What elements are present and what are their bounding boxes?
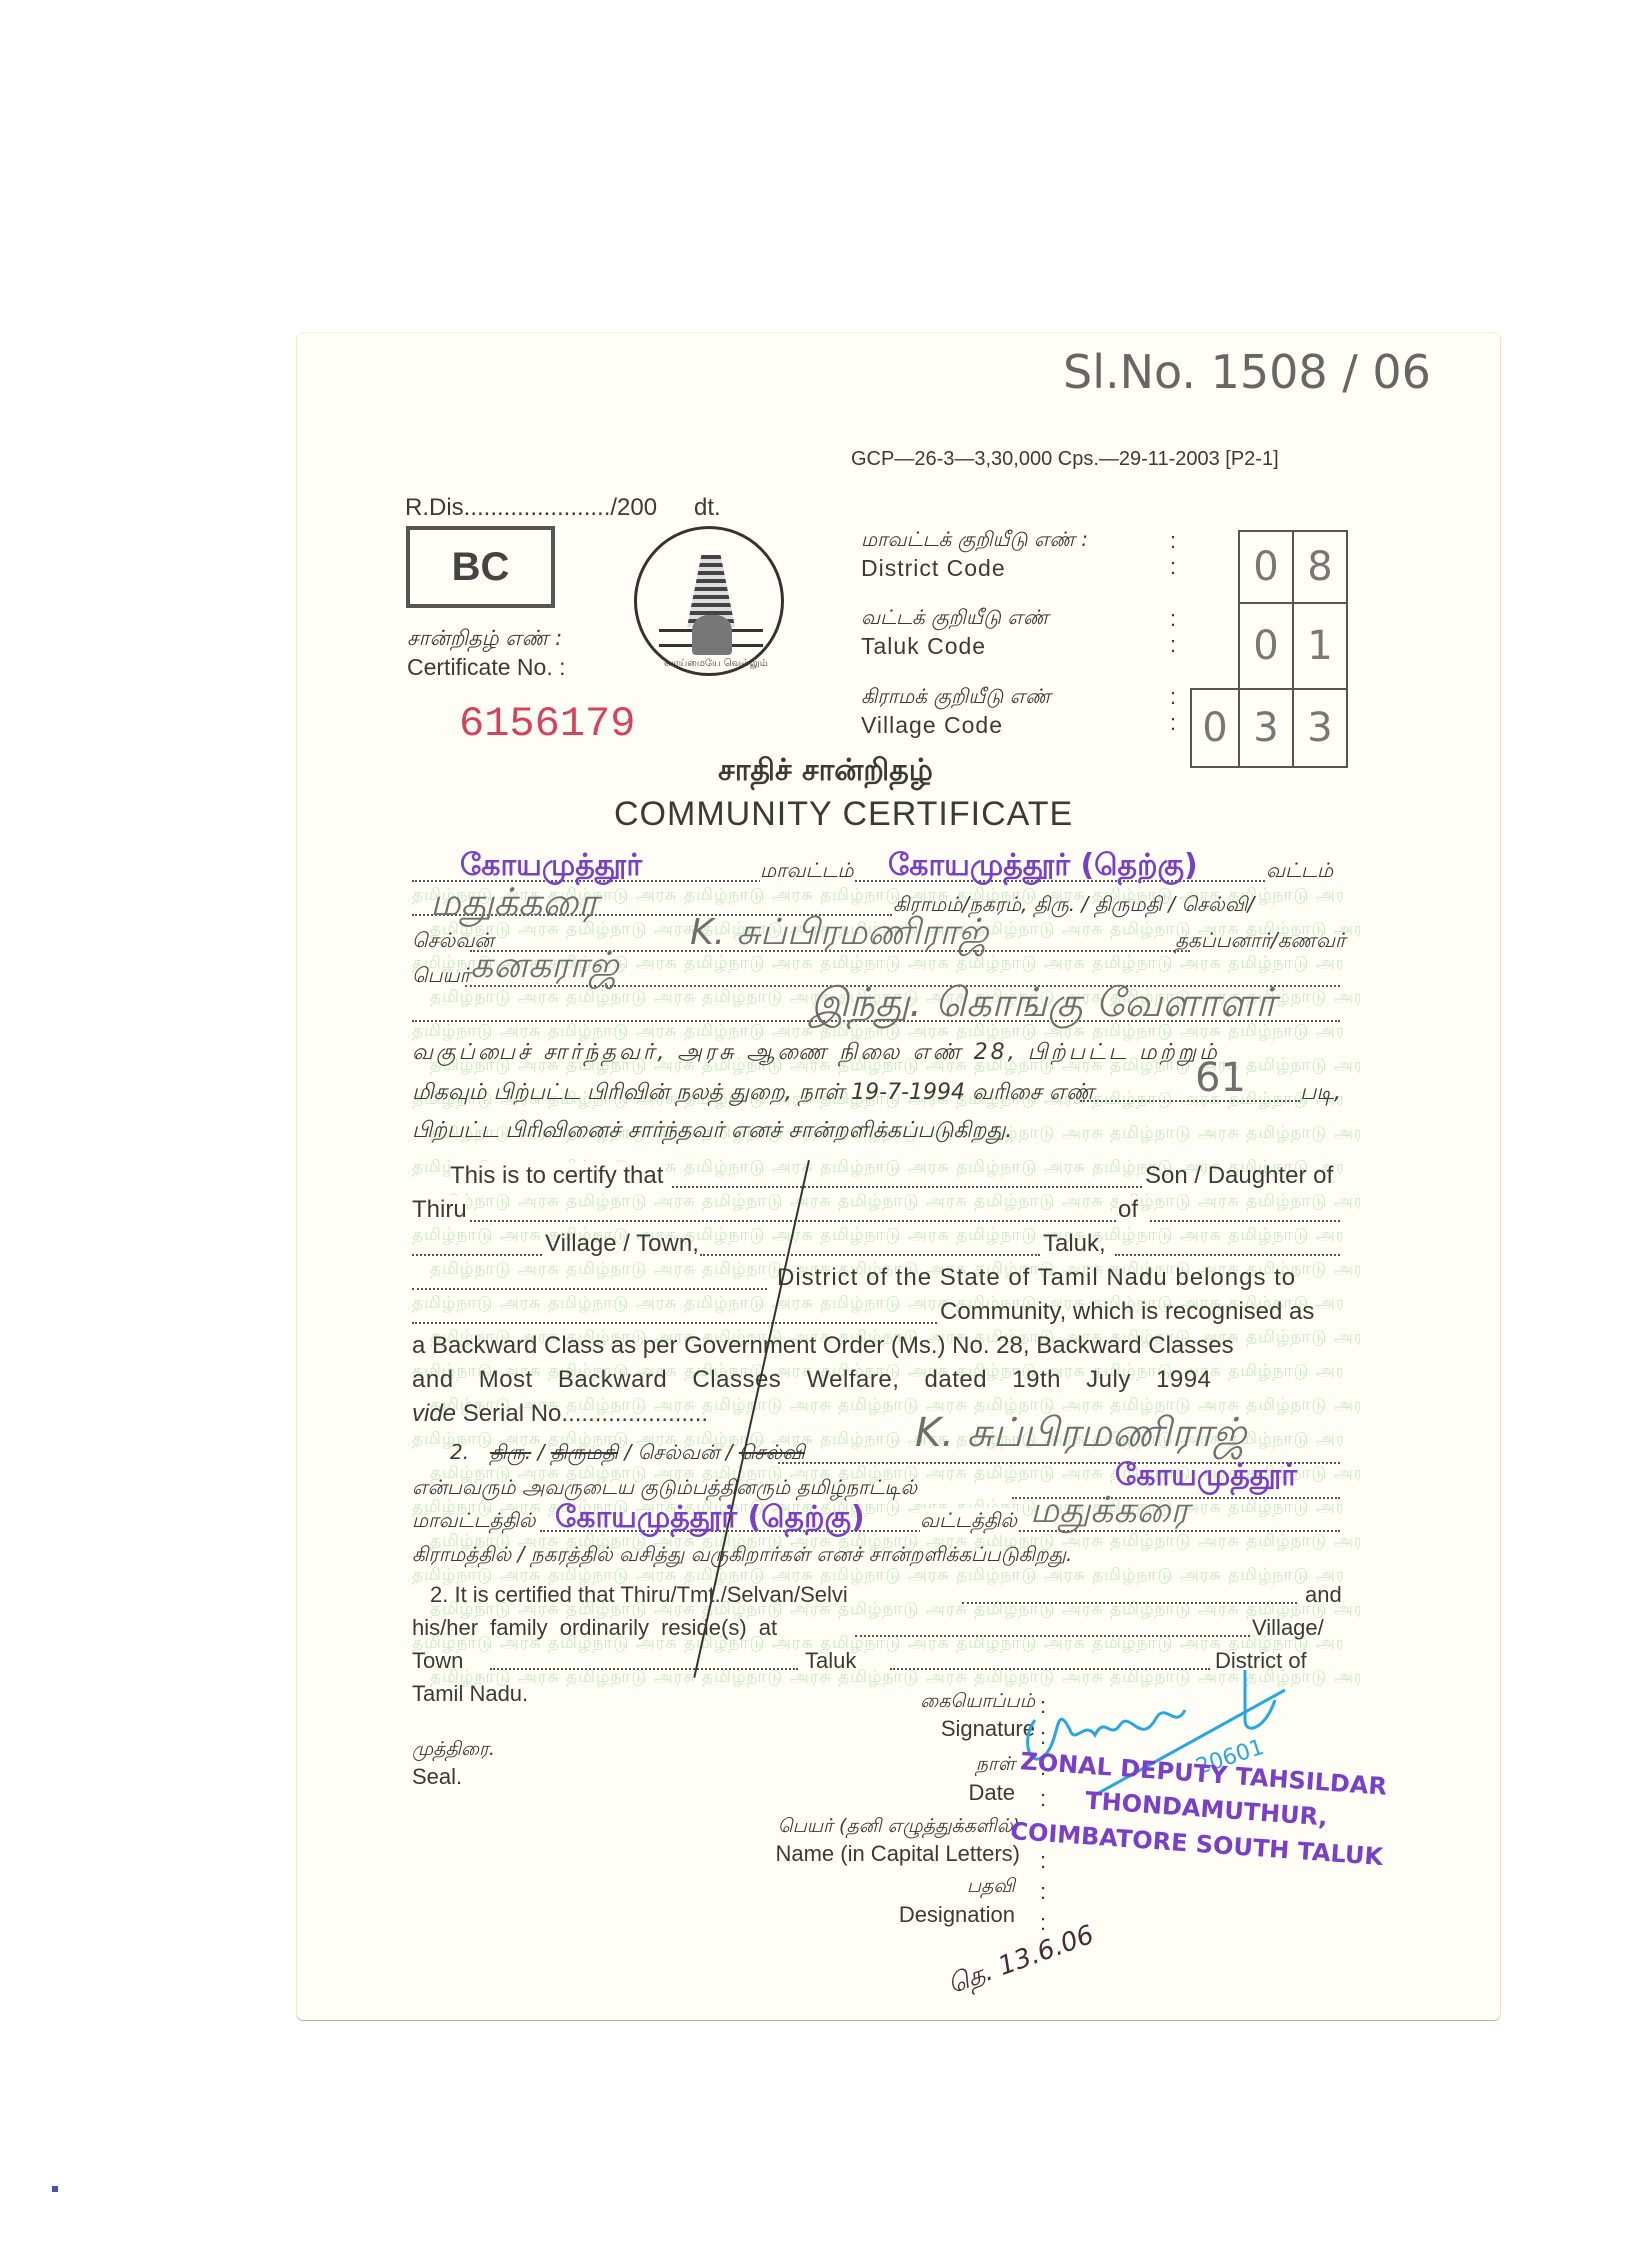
taluk-label: Taluk, — [1043, 1230, 1106, 1258]
taluk-code-label-ta: வட்டக் குறியீடு எண் — [861, 605, 1048, 632]
english2-tamil-nadu: Tamil Nadu. — [412, 1681, 528, 1707]
r-dis-date-label: dt. — [694, 494, 721, 522]
signature-label-ta: கையொப்பம் — [855, 1690, 1035, 1715]
handwritten-father-name: K. சுப்பிரமணிராஜ் — [690, 912, 988, 958]
taluk-code-label-en: Taluk Code — [861, 633, 986, 660]
section2-line2: என்பவரும் அவருடைய குடும்பத்தினரும் தமிழ்… — [412, 1475, 917, 1502]
village-code-label-en: Village Code — [861, 712, 1003, 739]
certificate-no-label-en: Certificate No. : — [407, 654, 566, 681]
serial-no-line: vide Serial No...................... — [412, 1400, 708, 1428]
of-label: of — [1118, 1196, 1138, 1224]
taluk-code-digit: 0 — [1238, 602, 1294, 690]
handwritten-serial: 61 — [1195, 1055, 1246, 1101]
english2-line1: 2. It is certified that Thiru/Tmt./Selva… — [430, 1582, 848, 1608]
english2-and: and — [1305, 1582, 1342, 1608]
title-tamil: சாதிச் சான்றிதழ் — [0, 753, 1651, 792]
tamil-para-line3: பிற்பட்ட பிரிவினைச் சார்ந்தவர் எனச் சான்… — [412, 1118, 1012, 1146]
emblem-motto: வாய்மையே வெல்லும் — [664, 658, 768, 670]
stray-ink-dot — [52, 2186, 58, 2192]
handwritten-name-section2: K. சுப்பிரமணிராஜ் — [915, 1410, 1246, 1461]
r-dis-field: R.Dis....................../200 — [405, 494, 657, 522]
thiru-label: Thiru — [412, 1196, 467, 1224]
date-label-en: Date — [855, 1780, 1015, 1806]
label-taluk: வட்டம் — [1266, 858, 1333, 885]
stamp-taluk: கோயமுத்தூர் (தெற்கு) — [888, 848, 1198, 887]
section2-number: 2. — [450, 1440, 469, 1464]
english2-village: Village/ — [1252, 1615, 1324, 1641]
seal-label-ta: முத்திரை. — [412, 1738, 495, 1763]
name-label: பெயர் — [412, 963, 470, 990]
certify-line-start: This is to certify that — [450, 1162, 663, 1190]
stamp-taluk-section2: கோயமுத்தூர் (தெற்கு) — [555, 1500, 865, 1539]
tamil-para-line2-end: படி, — [1300, 1080, 1341, 1108]
village-code-label-ta: கிராமக் குறியீடு எண் — [861, 684, 1051, 711]
english2-town: Town — [412, 1648, 463, 1674]
district-code-label-ta: மாவட்டக் குறியீடு எண் : — [861, 527, 1088, 554]
name-capitals-label-ta: பெயர் (தனி எழுத்துக்களில்) — [620, 1815, 1020, 1840]
tamil-para-line2: மிகவும் பிற்பட்ட பிரிவின் நலத் துறை, நாள… — [412, 1080, 1094, 1108]
title-english: COMMUNITY CERTIFICATE — [614, 795, 1073, 834]
tamil-para-line1: வகுப்பைச் சார்ந்தவர், அரசு ஆணை நிலை எண் … — [412, 1040, 1220, 1068]
go-line: a Backward Class as per Government Order… — [412, 1332, 1234, 1360]
handwritten-community: இந்து. கொங்கு வேளாளர் — [810, 980, 1276, 1031]
date-label-ta: நாள் — [855, 1753, 1015, 1778]
district-code-digit: 8 — [1292, 530, 1348, 604]
signature-label-en: Signature — [835, 1716, 1035, 1742]
handwritten-village-section2: மதுக்கரை — [1030, 1490, 1189, 1536]
section2-titles: திரு. / திருமதி / செல்வன் / செல்வி — [490, 1440, 805, 1467]
seal-label-en: Seal. — [412, 1764, 462, 1790]
handwritten-name: கனகராஜ் — [470, 945, 618, 991]
name-capitals-label-en: Name (in Capital Letters) — [620, 1841, 1020, 1867]
taluk-code-digit: 1 — [1292, 602, 1348, 690]
certificate-number: 6156179 — [459, 700, 635, 748]
district-state-label: District of the State of Tamil Nadu belo… — [777, 1264, 1296, 1292]
handwritten-village: மதுக்கரை — [430, 880, 598, 930]
community-recognised-label: Community, which is recognised as — [940, 1298, 1314, 1326]
district-code-label-en: District Code — [861, 555, 1006, 582]
father-husband-label: தகப்பனார்/கணவர் — [1175, 928, 1345, 955]
label-district: மாவட்டம் — [760, 858, 854, 885]
district-code-digit: 0 — [1238, 530, 1294, 604]
section2-district-label: மாவட்டத்தில் — [412, 1508, 536, 1535]
section2-taluk-label: வட்டத்தில் — [920, 1508, 1017, 1535]
tamil-nadu-emblem-icon — [634, 526, 784, 676]
designation-label-en: Designation — [800, 1902, 1015, 1928]
village-town-label: Village / Town, — [545, 1230, 699, 1258]
section2-line4: கிராமத்தில் / நகரத்தில் வசித்து வருகிறார… — [412, 1542, 1072, 1569]
category-badge: BC — [406, 526, 555, 608]
designation-label-ta: பதவி — [855, 1875, 1015, 1900]
welfare-line: and Most Backward Classes Welfare, dated… — [412, 1366, 1211, 1394]
english2-line2: his/her family ordinarily reside(s) at — [412, 1615, 777, 1641]
lion-capital-icon — [692, 615, 732, 655]
certificate-no-label-ta: சான்றிதழ் எண் : — [407, 626, 562, 653]
print-code: GCP—26-3—3,30,000 Cps.—29-11-2003 [P2-1] — [851, 448, 1279, 471]
son-daughter-label: Son / Daughter of — [1145, 1162, 1333, 1190]
english2-taluk: Taluk — [805, 1648, 856, 1674]
handwritten-serial-number: Sl.No. 1508 / 06 — [1063, 345, 1431, 399]
